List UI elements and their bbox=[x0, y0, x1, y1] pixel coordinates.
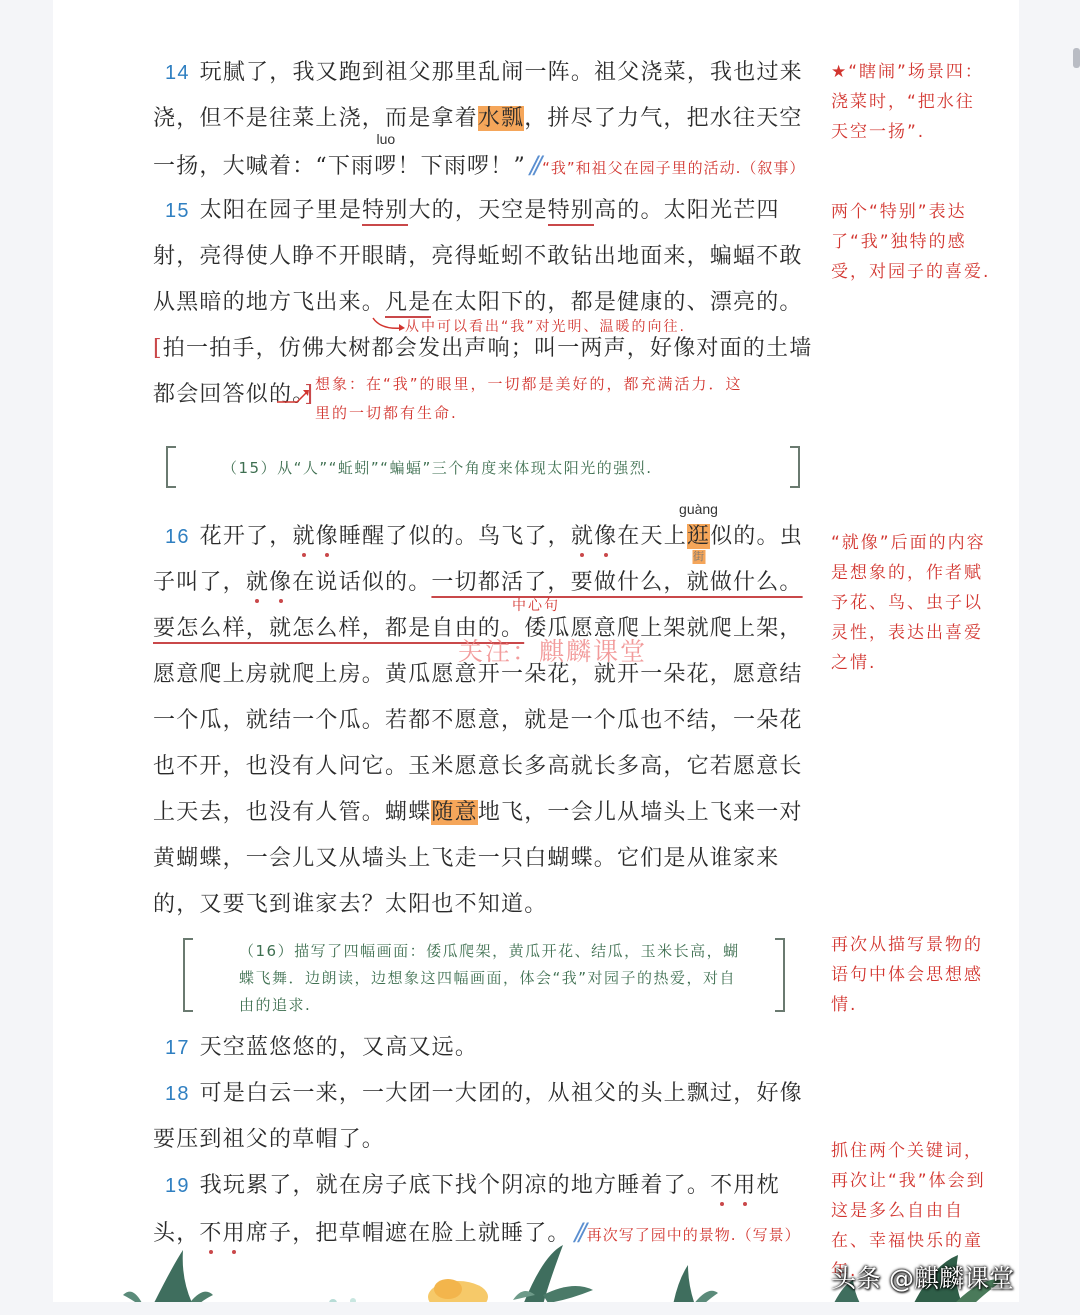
text-run: ！下雨啰！” bbox=[397, 154, 525, 179]
side-note-scenery: 再次从描写景物的语句中体会思想感情. bbox=[831, 930, 991, 1020]
text-run: 我玩累了，就在房子底下找个阴凉的地方睡着了。 bbox=[200, 1173, 710, 1198]
word-hint: 街 bbox=[692, 550, 705, 564]
underlined-word: 特别 bbox=[362, 198, 408, 226]
side-note-jiuxiang: “就像”后面的内容是想象的，作者赋予花、鸟、虫子以灵性，表达出喜爱之情. bbox=[831, 528, 991, 678]
paragraph-number: 14 bbox=[165, 62, 190, 84]
side-note-teibie: 两个“特别”表达了“我”独特的感受，对园子的喜爱. bbox=[831, 197, 991, 287]
right-bracket bbox=[775, 938, 785, 1012]
note-fanshi: 从中可以看出“我”对光明、温暖的向往. bbox=[405, 317, 686, 337]
paragraph-number: 17 bbox=[165, 1037, 190, 1059]
text-run: 花开了， bbox=[200, 524, 293, 549]
note-center-sentence: 中心句 bbox=[512, 595, 560, 615]
section-divider-mark: // bbox=[530, 151, 538, 179]
paragraph-18: 18可是白云一来，一大团一大团的，从祖父的头上飘过，好像要压到祖父的草帽了。 bbox=[153, 1071, 815, 1163]
paragraph-number: 16 bbox=[165, 526, 190, 548]
highlighted-word: 水瓢 bbox=[478, 106, 524, 131]
study-box-16: （16）描写了四幅画面：倭瓜爬架，黄瓜开花、结瓜，玉米长高，蝴蝶飞舞．边朗读，边… bbox=[183, 938, 785, 1012]
right-bracket bbox=[790, 446, 800, 488]
text-run: 可是白云一来，一大团一大团的，从祖父的头上飘过，好像要压到祖父的草帽了。 bbox=[153, 1081, 803, 1152]
pinyin-annotated-char: 啰luo bbox=[374, 154, 397, 179]
section-divider-mark: // bbox=[575, 1218, 583, 1246]
inline-annotation: “我”和祖父在园子里的活动.（叙事） bbox=[542, 159, 805, 177]
text-run: 在天上 bbox=[617, 524, 687, 549]
textbook-page: 14玩腻了，我又跑到祖父那里乱闹一阵。祖父浇菜，我也过来浇，但不是往菜上浇，而是… bbox=[53, 0, 1019, 1302]
inline-annotation: 再次写了园中的景物.（写景） bbox=[587, 1226, 801, 1244]
study-box-text: （16）描写了四幅画面：倭瓜爬架，黄瓜开花、结瓜，玉米长高，蝴蝶飞舞．边朗读，边… bbox=[239, 938, 749, 1019]
study-box-15: （15）从“人”“蚯蚓”“蝙蝠”三个角度来体现太阳光的强烈. bbox=[166, 446, 800, 488]
side-note-scene-four: ★“瞎闹”场景四：浇菜时，“把水往天空一扬”. bbox=[831, 57, 991, 147]
underlined-word: 特别 bbox=[548, 198, 594, 226]
dotted-keyword: 不用 bbox=[199, 1221, 245, 1246]
text-run: 席子，把草帽遮在脸上就睡了。 bbox=[246, 1221, 571, 1246]
text-run: 睡醒了似的。鸟飞了， bbox=[339, 524, 571, 549]
paragraph-16: 16花开了，就像睡醒了似的。鸟飞了，就像在天上逛guàng街似的。虫子叫了，就像… bbox=[153, 514, 815, 928]
paragraph-number: 15 bbox=[165, 200, 190, 222]
text-run: 大的，天空是 bbox=[408, 198, 547, 223]
text-run: 在太阳下的，都是健康的、漂亮的。 bbox=[431, 290, 802, 315]
paragraph-number: 18 bbox=[165, 1083, 190, 1105]
dotted-keyword: 就像 bbox=[292, 524, 338, 549]
dotted-keyword: 就像 bbox=[246, 570, 292, 595]
highlighted-word: 随意 bbox=[431, 800, 477, 825]
paragraph-17: 17天空蓝悠悠的，又高又远。 bbox=[153, 1025, 815, 1071]
text-run: 天空蓝悠悠的，又高又远。 bbox=[200, 1035, 478, 1060]
paragraph-number: 19 bbox=[165, 1175, 190, 1197]
pinyin: guàng bbox=[679, 502, 718, 516]
watermark: 关注：麒麟课堂 bbox=[458, 632, 647, 668]
arrow-icon bbox=[371, 316, 407, 334]
source-watermark: 头条 @麒麟课堂 bbox=[831, 1259, 1014, 1295]
underlined-word: 凡是 bbox=[385, 290, 431, 318]
dotted-keyword: 就像 bbox=[571, 524, 617, 549]
text-run: 在说话似的。 bbox=[292, 570, 431, 595]
left-bracket bbox=[166, 446, 176, 488]
study-box-text: （15）从“人”“蚯蚓”“蝙蝠”三个角度来体现太阳光的强烈. bbox=[222, 457, 652, 478]
annotation-bracket: [ bbox=[153, 336, 163, 361]
scrollbar-thumb[interactable] bbox=[1073, 48, 1080, 68]
pinyin: luo bbox=[377, 132, 396, 146]
left-bracket bbox=[183, 938, 193, 1012]
bottom-margin bbox=[0, 1302, 1080, 1315]
arrow-icon bbox=[275, 388, 311, 406]
paragraph-14: 14玩腻了，我又跑到祖父那里乱闹一阵。祖父浇菜，我也过来浇，但不是往菜上浇，而是… bbox=[153, 50, 815, 191]
text-run: 太阳在园子里是 bbox=[200, 198, 362, 223]
note-xiangxiang-1: 想象：在“我”的眼里，一切都是美好的，都充满活力．这 bbox=[315, 374, 743, 394]
pinyin-annotated-char: 逛guàng街 bbox=[687, 524, 710, 549]
paragraph-19: 19我玩累了，就在房子底下找个阴凉的地方睡着了。不用枕头，不用席子，把草帽遮在脸… bbox=[153, 1163, 815, 1258]
text-run: 拍一拍手，仿佛大树都会发出声响；叫一两声，好像对面的土墙都会回答似的。 bbox=[153, 336, 812, 407]
dotted-keyword: 不用 bbox=[710, 1173, 756, 1198]
note-xiangxiang-2: 里的一切都有生命. bbox=[315, 403, 458, 423]
